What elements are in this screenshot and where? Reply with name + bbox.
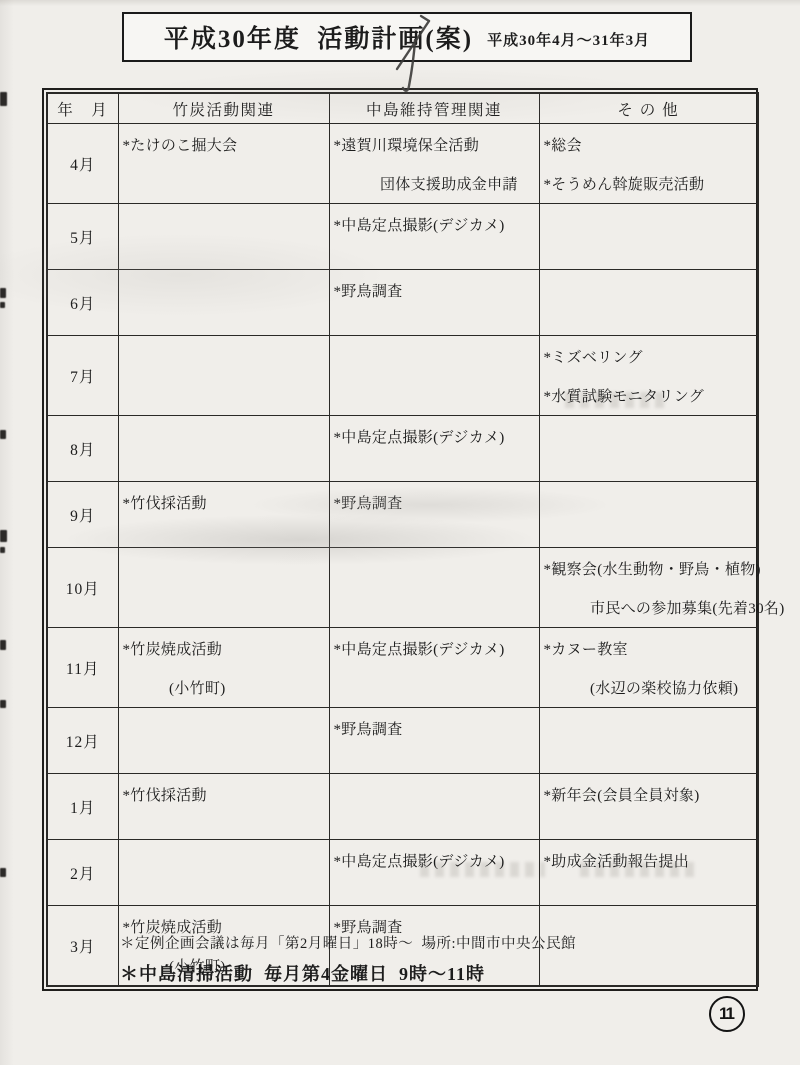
activity-cell (539, 708, 758, 774)
activity-line: (水辺の楽校協力依頼) (544, 674, 755, 704)
table-header-row: 年 月 竹炭活動関連 中島維持管理関連 そ の 他 (47, 93, 758, 124)
activity-cell (539, 270, 758, 336)
activity-cell: *中島定点撮影(デジカメ) (329, 840, 539, 906)
scan-edge-artifact (0, 530, 7, 542)
footer-note-meeting: ＊定例企画会議は毎月「第2月曜日」18時～ 場所:中間市中央公民館 (120, 932, 576, 953)
activity-line: *竹炭焼成活動 (123, 635, 326, 665)
month-cell: 10月 (47, 548, 118, 628)
table-row: 5月*中島定点撮影(デジカメ) (47, 204, 758, 270)
table-row: 7月*ミズベリング*水質試験モニタリング (47, 336, 758, 416)
activity-line: *野鳥調査 (334, 715, 536, 745)
activity-cell: *中島定点撮影(デジカメ) (329, 204, 539, 270)
activity-cell: *野鳥調査 (329, 708, 539, 774)
scan-edge-artifact (0, 547, 5, 553)
activity-line: *中島定点撮影(デジカメ) (334, 635, 536, 665)
activity-cell (118, 204, 329, 270)
scanned-document-page: 平成30年度 活動計画(案) 平成30年4月～31年3月 年 月 竹炭活動関連 … (0, 0, 800, 1065)
col-header-nakashima: 中島維持管理関連 (329, 93, 539, 124)
activity-cell (329, 336, 539, 416)
footer-notes: ＊定例企画会議は毎月「第2月曜日」18時～ 場所:中間市中央公民館 ＊中島清掃活… (120, 932, 576, 986)
activity-line: *中島定点撮影(デジカメ) (334, 211, 536, 241)
activity-line: *助成金活動報告提出 (544, 847, 755, 877)
activity-line: 団体支援助成金申請 (334, 170, 536, 200)
table-row: 9月*竹伐採活動*野鳥調査 (47, 482, 758, 548)
activity-cell: *カヌー教室(水辺の楽校協力依頼) (539, 628, 758, 708)
month-cell: 1月 (47, 774, 118, 840)
activity-line: *中島定点撮影(デジカメ) (334, 423, 536, 453)
month-cell: 6月 (47, 270, 118, 336)
activity-line: *総会 (544, 131, 755, 161)
month-cell: 7月 (47, 336, 118, 416)
table-row: 11月*竹炭焼成活動(小竹町)*中島定点撮影(デジカメ)*カヌー教室(水辺の楽校… (47, 628, 758, 708)
activity-plan-table: 年 月 竹炭活動関連 中島維持管理関連 そ の 他 4月*たけのこ掘大会*遠賀川… (42, 88, 758, 991)
activity-cell: *中島定点撮影(デジカメ) (329, 628, 539, 708)
month-cell: 4月 (47, 124, 118, 204)
activity-cell (118, 708, 329, 774)
activity-line: (小竹町) (123, 674, 326, 704)
activity-cell: *野鳥調査 (329, 270, 539, 336)
page-number: 11 (719, 1004, 735, 1024)
activity-cell: *新年会(会員全員対象) (539, 774, 758, 840)
title-box: 平成30年度 活動計画(案) 平成30年4月～31年3月 (122, 12, 692, 62)
document-subtitle: 平成30年4月～31年3月 (487, 25, 650, 50)
page-number-badge: 11 (709, 996, 745, 1032)
col-header-bamboo: 竹炭活動関連 (118, 93, 329, 124)
activity-cell (329, 774, 539, 840)
document-title: 平成30年度 活動計画(案) (164, 19, 473, 55)
scan-edge-artifact (0, 92, 7, 106)
table-row: 6月*野鳥調査 (47, 270, 758, 336)
activity-line: *カヌー教室 (544, 635, 755, 665)
table-row: 1月*竹伐採活動*新年会(会員全員対象) (47, 774, 758, 840)
month-cell: 3月 (47, 906, 118, 987)
activity-cell: *竹伐採活動 (118, 774, 329, 840)
activity-line: *そうめん斡旋販売活動 (544, 170, 755, 200)
month-cell: 11月 (47, 628, 118, 708)
scan-edge-artifact (0, 302, 5, 308)
table-row: 8月*中島定点撮影(デジカメ) (47, 416, 758, 482)
activity-line: *ミズベリング (544, 343, 755, 373)
activity-line: *遠賀川環境保全活動 (334, 131, 536, 161)
month-cell: 8月 (47, 416, 118, 482)
activity-cell (118, 840, 329, 906)
activity-line: *水質試験モニタリング (544, 382, 755, 412)
activity-cell: *ミズベリング*水質試験モニタリング (539, 336, 758, 416)
activity-cell (118, 336, 329, 416)
activity-cell (539, 204, 758, 270)
activity-line: *たけのこ掘大会 (123, 131, 326, 161)
activity-line: 市民への参加募集(先着30名) (544, 594, 755, 624)
activity-cell: *観察会(水生動物・野鳥・植物)市民への参加募集(先着30名) (539, 548, 758, 628)
month-cell: 9月 (47, 482, 118, 548)
col-header-month: 年 月 (47, 93, 118, 124)
activity-line: *中島定点撮影(デジカメ) (334, 847, 536, 877)
activity-line: *野鳥調査 (334, 489, 536, 519)
activity-cell (118, 548, 329, 628)
activity-cell: *野鳥調査 (329, 482, 539, 548)
activity-cell: *竹伐採活動 (118, 482, 329, 548)
table-row: 4月*たけのこ掘大会*遠賀川環境保全活動団体支援助成金申請*総会*そうめん斡旋販… (47, 124, 758, 204)
scan-edge-artifact (0, 868, 6, 877)
scan-edge-artifact (0, 700, 6, 708)
col-header-other: そ の 他 (539, 93, 758, 124)
activity-cell: *遠賀川環境保全活動団体支援助成金申請 (329, 124, 539, 204)
footer-note-cleaning: ＊中島清掃活動 毎月第4金曜日 9時～11時 (120, 960, 576, 986)
activity-cell: *竹炭焼成活動(小竹町) (118, 628, 329, 708)
activity-cell (539, 416, 758, 482)
activity-cell: *たけのこ掘大会 (118, 124, 329, 204)
activity-cell (329, 548, 539, 628)
activity-line: *観察会(水生動物・野鳥・植物) (544, 555, 755, 585)
activity-cell: *助成金活動報告提出 (539, 840, 758, 906)
month-cell: 12月 (47, 708, 118, 774)
table-row: 10月*観察会(水生動物・野鳥・植物)市民への参加募集(先着30名) (47, 548, 758, 628)
month-cell: 2月 (47, 840, 118, 906)
activity-cell (539, 482, 758, 548)
scan-edge-artifact (0, 640, 6, 650)
activity-line: *野鳥調査 (334, 277, 536, 307)
activity-cell (118, 416, 329, 482)
table-row: 12月*野鳥調査 (47, 708, 758, 774)
month-cell: 5月 (47, 204, 118, 270)
activity-line: *竹伐採活動 (123, 489, 326, 519)
activity-line: *竹伐採活動 (123, 781, 326, 811)
activity-cell: *中島定点撮影(デジカメ) (329, 416, 539, 482)
scan-edge-artifact (0, 288, 6, 298)
activity-line: *新年会(会員全員対象) (544, 781, 755, 811)
scan-edge-artifact (0, 430, 6, 439)
activity-cell: *総会*そうめん斡旋販売活動 (539, 124, 758, 204)
activity-cell (118, 270, 329, 336)
table-row: 2月*中島定点撮影(デジカメ)*助成金活動報告提出 (47, 840, 758, 906)
